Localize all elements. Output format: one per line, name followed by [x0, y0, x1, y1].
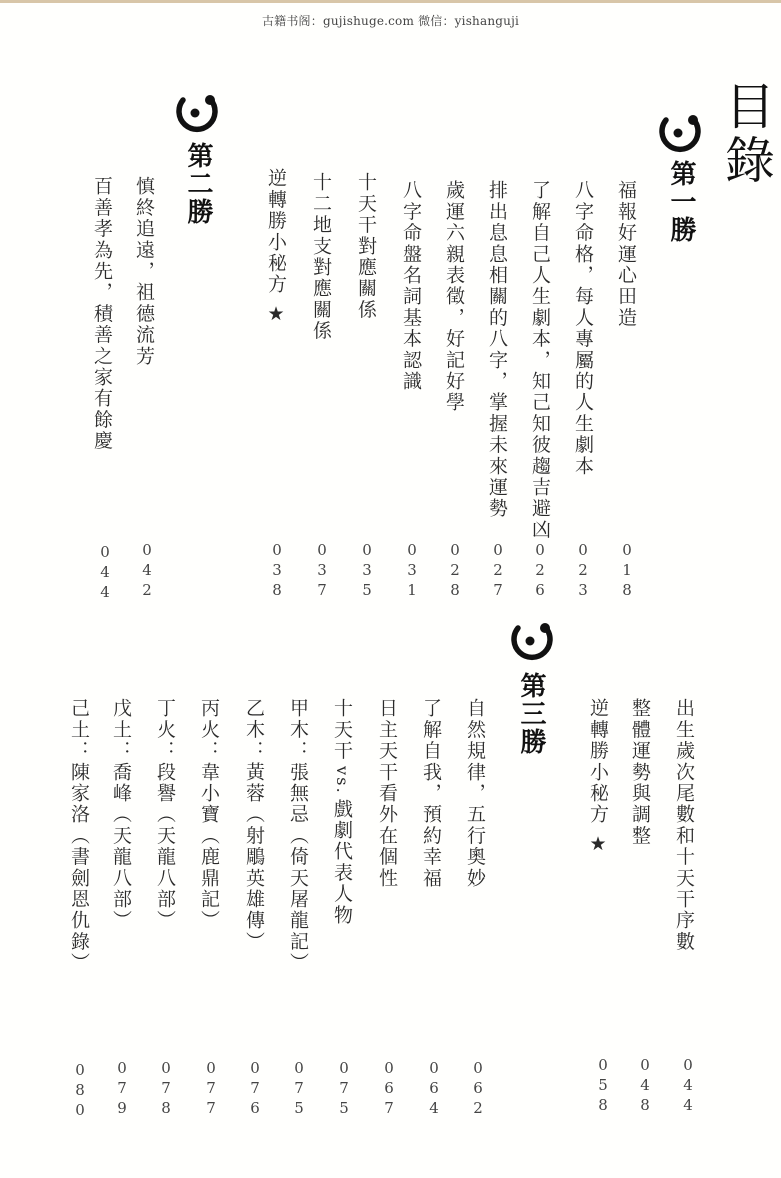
page-number: 079 — [114, 1058, 130, 1118]
toc-entry[interactable]: 慎終追遠，祖德流芳 — [133, 176, 155, 367]
enso-circle-dot-icon — [173, 88, 221, 136]
star-icon: ★ — [265, 303, 287, 327]
page-number: 042 — [139, 540, 155, 600]
page-number: 058 — [595, 1055, 611, 1115]
toc-entry[interactable]: 排出息息相關的八字，掌握未來運勢 — [486, 180, 508, 519]
toc-entry[interactable]: 歲運六親表徵，好記好學 — [443, 180, 465, 413]
toc-entry-title: 逆轉勝小秘方 — [587, 698, 609, 825]
toc-entry[interactable]: 十天干vs.戲劇代表人物 — [331, 698, 353, 926]
toc-entry-title: 十天干 — [331, 698, 353, 762]
page-number: 044 — [680, 1055, 696, 1115]
toc-entry[interactable]: 八字命格，每人專屬的人生劇本 — [572, 180, 594, 477]
toc-entry[interactable]: 十二地支對應關係 — [310, 172, 332, 342]
toc-entry[interactable]: 日主天干看外在個性 — [376, 698, 398, 889]
page-number: 075 — [336, 1058, 352, 1118]
toc-entry[interactable]: 了解自己人生劇本，知己知彼趨吉避凶 — [529, 180, 551, 540]
section-heading-3: 第三勝 — [516, 672, 546, 756]
page-number: 077 — [203, 1058, 219, 1118]
toc-entry[interactable]: 逆轉勝小秘方★ — [587, 698, 609, 857]
enso-circle-dot-icon — [656, 108, 704, 156]
page-number: 031 — [404, 540, 420, 600]
toc-entry[interactable]: 百善孝為先，積善之家有餘慶 — [91, 176, 113, 452]
page-number: 026 — [532, 540, 548, 600]
watermark: 古籍书阁：gujishuge.com 微信：yishanguji — [0, 12, 781, 29]
toc-entry[interactable]: 了解自我，預約幸福 — [420, 698, 442, 889]
page-number: 075 — [291, 1058, 307, 1118]
toc-entry[interactable]: 甲木：張無忌（倚天屠龍記） — [287, 698, 309, 974]
toc-entry[interactable]: 十天干對應關係 — [355, 172, 377, 320]
toc-entry[interactable]: 逆轉勝小秘方★ — [265, 168, 287, 327]
page-top-border — [0, 0, 781, 3]
enso-circle-dot-icon — [508, 616, 556, 664]
toc-entry[interactable]: 己土：陳家洛（書劍恩仇錄） — [68, 698, 90, 974]
page-number: 023 — [575, 540, 591, 600]
toc-entry-title-after: 戲劇代表人物 — [331, 799, 353, 926]
toc-entry[interactable]: 福報好運心田造 — [615, 180, 637, 328]
page-number: 078 — [158, 1058, 174, 1118]
page-number: 067 — [381, 1058, 397, 1118]
page-number: 028 — [447, 540, 463, 600]
toc-entry[interactable]: 丁火：段譽（天龍八部） — [154, 698, 176, 931]
page-number: 064 — [426, 1058, 442, 1118]
toc-entry[interactable]: 整體運勢與調整 — [629, 698, 651, 846]
section-heading-2: 第二勝 — [183, 142, 213, 226]
page-number: 018 — [619, 540, 635, 600]
toc-entry[interactable]: 乙木：黃蓉（射鵰英雄傳） — [243, 698, 265, 952]
star-icon: ★ — [587, 833, 609, 857]
toc-title: 目錄 — [718, 80, 774, 188]
page-number: 048 — [637, 1055, 653, 1115]
section-heading-1: 第一勝 — [666, 160, 696, 244]
page-number: 038 — [269, 540, 285, 600]
versus-label: vs. — [333, 766, 352, 795]
toc-entry[interactable]: 八字命盤名詞基本認識 — [400, 180, 422, 392]
toc-entry-title: 逆轉勝小秘方 — [265, 168, 287, 295]
page-number: 044 — [97, 542, 113, 602]
page-number: 080 — [72, 1060, 88, 1120]
page-number: 037 — [314, 540, 330, 600]
toc-entry[interactable]: 出生歲次尾數和十天干序數 — [673, 698, 695, 952]
page-number: 027 — [490, 540, 506, 600]
toc-entry[interactable]: 自然規律，五行奧妙 — [464, 698, 486, 889]
page-number: 076 — [247, 1058, 263, 1118]
toc-entry[interactable]: 戊土：喬峰（天龍八部） — [110, 698, 132, 931]
page-number: 062 — [470, 1058, 486, 1118]
toc-entry[interactable]: 丙火：韋小寶（鹿鼎記） — [198, 698, 220, 931]
page-number: 035 — [359, 540, 375, 600]
